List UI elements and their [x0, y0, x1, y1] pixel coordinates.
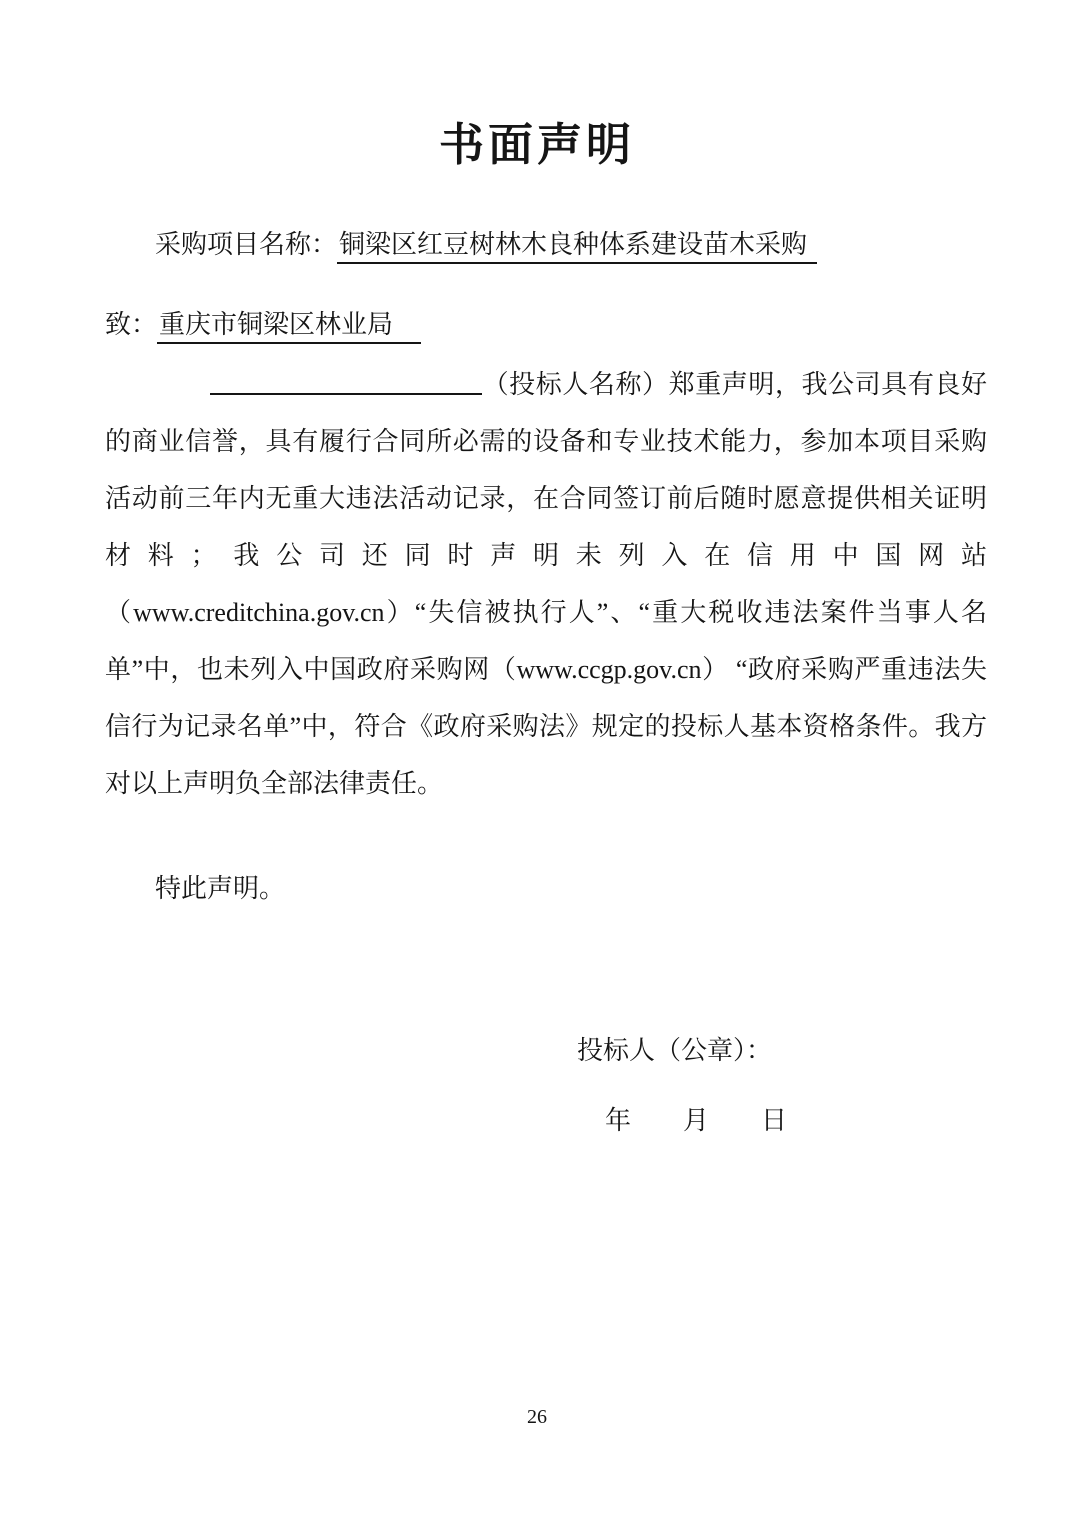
declaration-text: （投标人名称）郑重声明，我公司具有良好的商业信誉，具有履行合同所必需的设备和专业… [105, 370, 987, 798]
project-name-line: 采购项目名称：铜梁区红豆树林木良种体系建设苗木采购 [155, 224, 817, 261]
page-title: 书面声明 [0, 108, 1074, 173]
closing-statement: 特此声明。 [155, 868, 285, 905]
bidder-name-blank [210, 367, 482, 395]
declaration-paragraph: （投标人名称）郑重声明，我公司具有良好的商业信誉，具有履行合同所必需的设备和专业… [105, 356, 987, 812]
page-number: 26 [0, 1406, 1074, 1429]
document-page: 书面声明 采购项目名称：铜梁区红豆树林木良种体系建设苗木采购 致：重庆市铜梁区林… [0, 0, 1074, 1520]
date-blank-line: 年 月 日 [605, 1100, 787, 1137]
recipient-line: 致：重庆市铜梁区林业局 [105, 304, 421, 341]
project-name-label: 采购项目名称： [155, 230, 337, 259]
bidder-seal-label: 投标人（公章）： [577, 1030, 772, 1067]
recipient-label: 致： [105, 310, 157, 339]
project-name-value: 铜梁区红豆树林木良种体系建设苗木采购 [337, 230, 817, 264]
recipient-value: 重庆市铜梁区林业局 [157, 310, 421, 344]
